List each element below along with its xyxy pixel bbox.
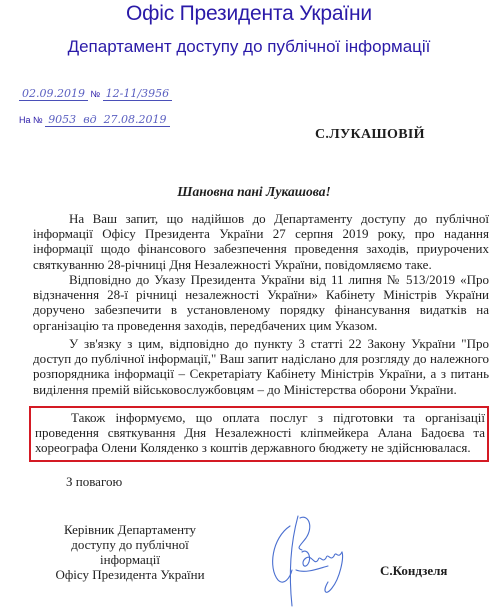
- title-line: доступу до публічної інформації: [40, 537, 220, 567]
- outgoing-number: 12-11/3956: [103, 88, 172, 101]
- paragraph-text: Відповідно до Указу Президента України в…: [33, 272, 489, 333]
- paragraph-request: На Ваш запит, що надійшов до Департамент…: [33, 211, 489, 272]
- incoming-reference: На № 9053 вд 27.08.2019: [19, 114, 170, 127]
- incoming-number-value: 9053: [48, 113, 76, 126]
- incoming-suffix: вд: [83, 113, 96, 126]
- paragraph-decree: Відповідно до Указу Президента України в…: [33, 272, 489, 333]
- closing: З повагою: [66, 474, 122, 490]
- number-label: №: [91, 89, 101, 99]
- paragraph-highlighted: Також інформуємо, що оплата послуг з під…: [35, 410, 485, 456]
- paragraph-text: На Ваш запит, що надійшов до Департамент…: [33, 211, 489, 272]
- handwritten-signature-icon: [262, 508, 362, 608]
- in-reply-label: На №: [19, 115, 43, 125]
- title-line: Керівник Департаменту: [40, 522, 220, 537]
- outgoing-reference: 02.09.2019 № 12-11/3956: [19, 88, 172, 101]
- organization-title: Офіс Президента України: [0, 2, 498, 26]
- signature-title-block: Керівник Департаменту доступу до публічн…: [40, 522, 220, 582]
- incoming-date: 27.08.2019: [104, 113, 167, 126]
- paragraph-text: Також інформуємо, що оплата послуг з під…: [35, 410, 485, 456]
- department-title: Департамент доступу до публічної інформа…: [0, 37, 498, 57]
- signer-name: С.Кондзеля: [380, 563, 447, 579]
- addressee: С.ЛУКАШОВІЙ: [315, 127, 425, 143]
- paragraph-forwarding: У зв'язку з цим, відповідно до пункту 3 …: [33, 336, 489, 397]
- paragraph-text: У зв'язку з цим, відповідно до пункту 3 …: [33, 336, 489, 397]
- incoming-number: 9053 вд 27.08.2019: [45, 114, 169, 127]
- salutation: Шановна пані Лукашова!: [0, 184, 498, 200]
- title-line: Офісу Президента України: [40, 567, 220, 582]
- outgoing-date: 02.09.2019: [19, 88, 88, 101]
